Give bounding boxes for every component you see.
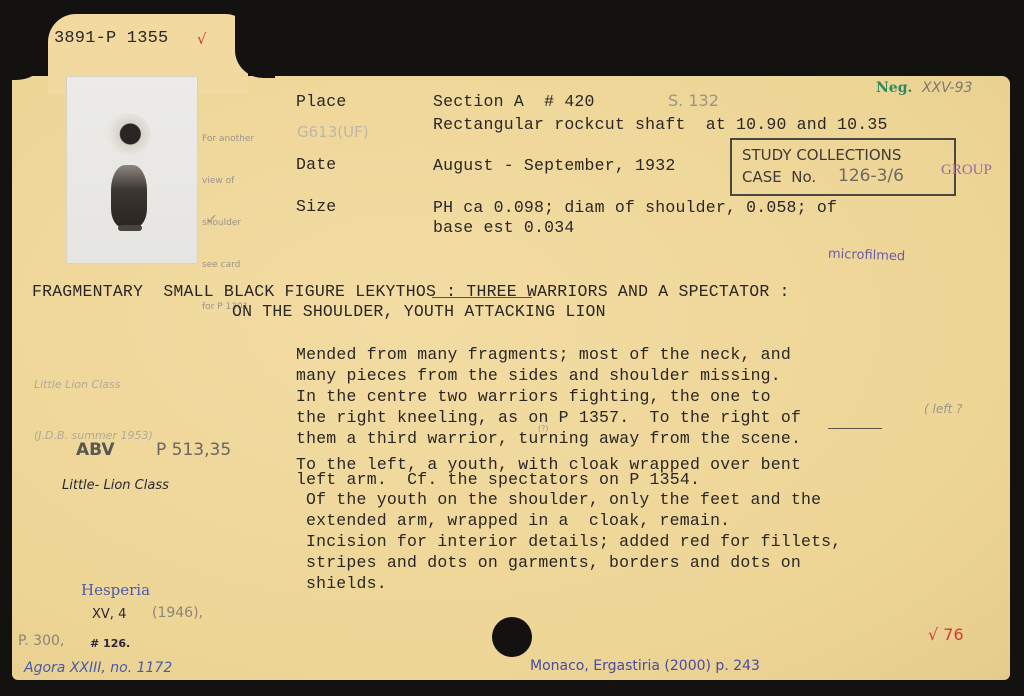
photo-check-mark: ✓	[206, 212, 218, 228]
vase-shoulder-fragment-icon	[105, 113, 151, 155]
description-line: extended arm, wrapped in a cloak, remain…	[306, 510, 730, 531]
group-stamp: GROUP	[941, 162, 992, 179]
monaco-reference: Monaco, Ergastiria (2000) p. 243	[530, 658, 760, 674]
hesperia-label: Hesperia	[81, 581, 150, 599]
hesperia-volume: XV, 4	[92, 607, 126, 622]
description-line: Incision for interior details; added red…	[306, 531, 841, 552]
place-pencil-note: S. 132	[668, 91, 719, 110]
negative-stamp: Neg.	[876, 80, 912, 96]
description-line: them a third warrior, turning away from …	[296, 428, 801, 449]
object-title-line-1: FRAGMENTARY SMALL BLACK FIGURE LEKYTHOS …	[32, 281, 790, 302]
stamp-line-2-prefix: CASE No.	[742, 168, 816, 186]
hesperia-number: # 126.	[90, 637, 130, 650]
agora-reference: Agora XXIII, no. 1172	[24, 660, 172, 676]
right-underline	[828, 428, 882, 429]
size-value-line-1: PH ca 0.098; diam of shoulder, 0.058; of	[433, 197, 837, 218]
margin-query-note: (?)	[538, 424, 549, 433]
title-underline	[432, 297, 532, 298]
place-value-section: Section A # 420	[433, 91, 595, 112]
hesperia-page: P. 300,	[18, 633, 64, 649]
place-value-description: Rectangular rockcut shaft at 10.90 and 1…	[433, 114, 888, 135]
stamp-line-1: STUDY COLLECTIONS	[742, 146, 901, 164]
description-line: In the centre two warriors fighting, the…	[296, 386, 771, 407]
description-line: left arm. Cf. the spectators on P 1354.	[296, 469, 700, 490]
date-label: Date	[296, 154, 336, 175]
catalog-number: 3891-P 1355	[54, 28, 168, 49]
place-label: Place	[296, 91, 347, 112]
description-line: the right kneeling, as on P 1357. To the…	[296, 407, 801, 428]
description-line: Of the youth on the shoulder, only the f…	[306, 489, 821, 510]
object-photo	[66, 76, 198, 264]
tab-notch-left	[12, 40, 52, 80]
hesperia-year: (1946),	[152, 605, 203, 621]
size-label: Size	[296, 196, 336, 217]
red-pencil-mark: √ 76	[928, 625, 964, 644]
punch-hole	[492, 617, 532, 657]
margin-left-note: ( left ?	[924, 402, 962, 416]
class-ink-note: Little- Lion Class	[62, 478, 169, 493]
negative-number: XXV-93	[922, 80, 972, 96]
size-value-line-2: base est 0.034	[433, 217, 574, 238]
date-value: August - September, 1932	[433, 155, 675, 176]
abv-reference: P 513,35	[156, 440, 231, 460]
abv-label: ABV	[76, 440, 115, 460]
description-line: shields.	[306, 573, 387, 594]
description-line: Mended from many fragments; most of the …	[296, 344, 791, 365]
description-line: many pieces from the sides and shoulder …	[296, 365, 781, 386]
grid-pencil-note: G613(UF)	[297, 123, 369, 141]
case-number: 126-3/6	[838, 166, 904, 186]
microfilmed-stamp: microfilmed	[828, 247, 906, 265]
object-title-line-2: ON THE SHOULDER, YOUTH ATTACKING LION	[232, 301, 606, 322]
description-line: stripes and dots on garments, borders an…	[306, 552, 801, 573]
vase-base-icon	[118, 225, 142, 231]
catalog-check-mark: √	[197, 30, 207, 48]
vase-body-fragment-icon	[111, 165, 147, 227]
tab-notch-right	[235, 14, 275, 78]
